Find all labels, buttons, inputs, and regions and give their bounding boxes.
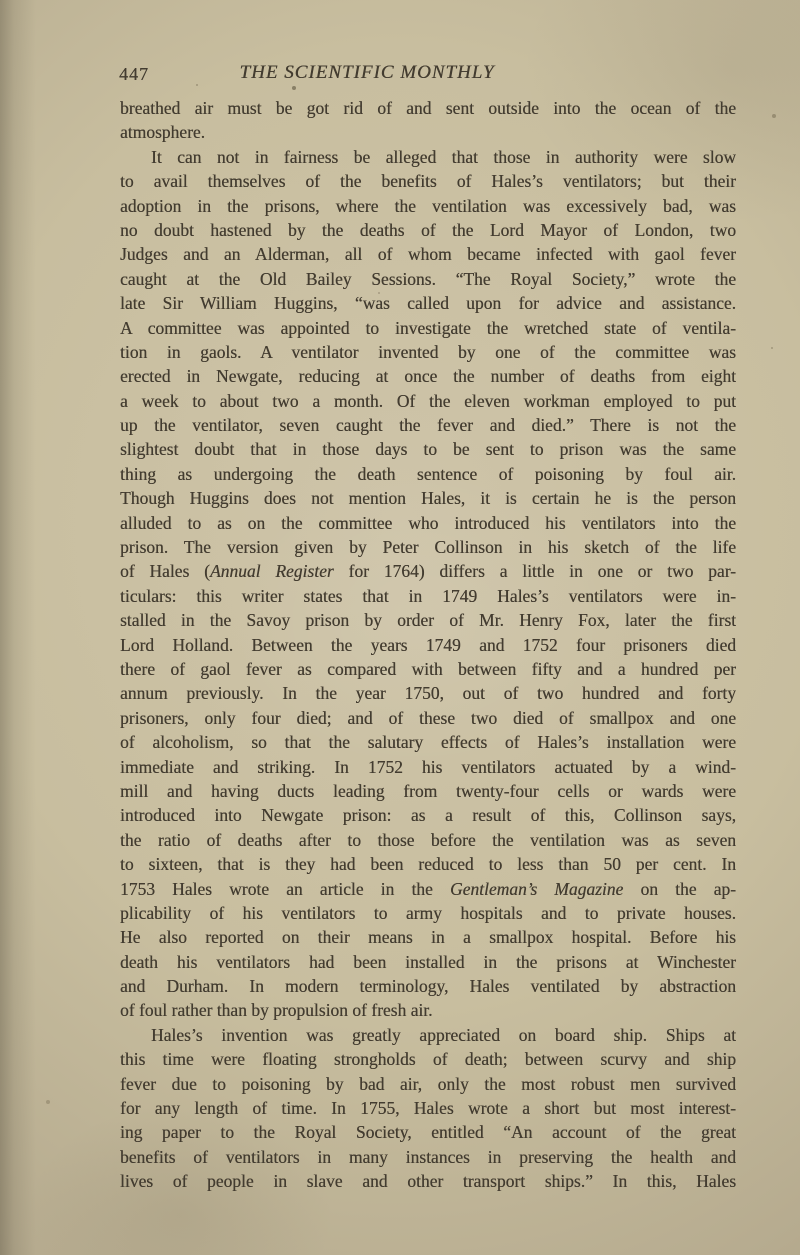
text-line: ticulars: this writer states that in 174… [120,584,736,608]
text-line: 1753 Hales wrote an article in the Gentl… [120,877,736,901]
text-line: breathed air must be got rid of and sent… [120,96,736,120]
text-line: lives of people in slave and other trans… [120,1169,736,1193]
text-line: alluded to as on the committee who intro… [120,511,736,535]
text-line: thing as undergoing the death sentence o… [120,462,736,486]
text-line: Judges and an Alderman, all of whom beca… [120,242,736,266]
text-line: stalled in the Savoy prison by order of … [120,608,736,632]
text-line: the ratio of deaths after to those befor… [120,828,736,852]
journal-title: THE SCIENTIFIC MONTHLY [120,62,736,84]
text-line: up the ventilator, seven caught the feve… [120,413,736,437]
text-line: annum previously. In the year 1750, out … [120,681,736,705]
text-line: He also reported on their means in a sma… [120,925,736,949]
text-line: to avail themselves of the benefits of H… [120,169,736,193]
italic-text: Annual Register [210,561,334,581]
text-line: of Hales (Annual Register for 1764) diff… [120,559,736,583]
text-line: introduced into Newgate prison: as a res… [120,803,736,827]
italic-text: Gentleman’s Magazine [450,879,623,899]
text-line: there of gaol fever as compared with bet… [120,657,736,681]
paragraph: breathed air must be got rid of and sent… [120,96,736,145]
text-line: prison. The version given by Peter Colli… [120,535,736,559]
text-line: tion in gaols. A ventilator invented by … [120,340,736,364]
text-line: for any length of time. In 1755, Hales w… [120,1096,736,1120]
text-line: Hales’s invention was greatly appreciate… [120,1023,736,1047]
text-line: slightest doubt that in those days to be… [120,437,736,461]
text-line: no doubt hastened by the deaths of the L… [120,218,736,242]
text-line: It can not in fairness be alleged that t… [120,145,736,169]
text-line: to sixteen, that is they had been reduce… [120,852,736,876]
paragraph: It can not in fairness be alleged that t… [120,145,736,1023]
text-line: fever due to poisoning by bad air, only … [120,1072,736,1096]
text-line: this time were floating strongholds of d… [120,1047,736,1071]
text-line: Lord Holland. Between the years 1749 and… [120,633,736,657]
article-text: breathed air must be got rid of and sent… [120,96,736,1194]
text-line: atmosphere. [120,120,736,144]
text-line: benefits of ventilators in many instance… [120,1145,736,1169]
text-line: adoption in the prisons, where the venti… [120,194,736,218]
text-line: late Sir William Huggins, “was called up… [120,291,736,315]
text-line: Though Huggins does not mention Hales, i… [120,486,736,510]
text-line: caught at the Old Bailey Sessions. “The … [120,267,736,291]
text-line: mill and having ducts leading from twent… [120,779,736,803]
text-line: a week to about two a month. Of the elev… [120,389,736,413]
text-line: ing paper to the Royal Society, entitled… [120,1120,736,1144]
text-line: erected in Newgate, reducing at once the… [120,364,736,388]
text-line: of alcoholism, so that the salutary effe… [120,730,736,754]
text-line: plicability of his ventilators to army h… [120,901,736,925]
text-line: death his ventilators had been installed… [120,950,736,974]
book-page: 447 THE SCIENTIFIC MONTHLY breathed air … [0,0,800,1255]
text-line: immediate and striking. In 1752 his vent… [120,755,736,779]
text-line: prisoners, only four died; and of these … [120,706,736,730]
text-line: A committee was appointed to investigate… [120,316,736,340]
paragraph: Hales’s invention was greatly appreciate… [120,1023,736,1194]
text-line: and Durham. In modern terminology, Hales… [120,974,736,998]
text-line: of foul rather than by propulsion of fre… [120,998,736,1022]
